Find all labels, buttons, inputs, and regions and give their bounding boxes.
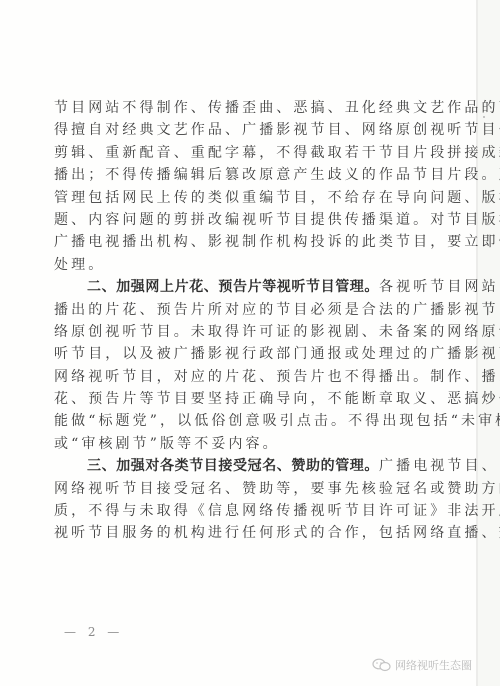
text-line: 播出；不得传播编辑后篡改原意产生歧义的作品节目片段。严格: [54, 164, 416, 186]
page-number: — 2 —: [64, 625, 123, 639]
text-span: 各视听节目网站: [379, 279, 499, 295]
wechat-icon: [372, 658, 392, 672]
text-line: 处理。: [54, 254, 416, 276]
section-heading-2: 二、加强网上片花、预告片等视听节目管理。: [87, 279, 379, 295]
text-line: 广播电视播出机构、影视制作机构投诉的此类节目，要立即做下线: [54, 231, 416, 253]
text-line: 网络视听节目接受冠名、赞助等，要事先核验冠名或赞助方的资: [54, 478, 416, 500]
text-line: 剪辑、重新配音、重配字幕，不得截取若干节目片段拼接成新节目: [54, 142, 416, 164]
text-line: 花、预告片等节目要坚持正确导向，不能断章取义、恶搞炒作。不: [54, 388, 416, 410]
watermark-text: 网络视听生态圈: [395, 657, 472, 673]
section-heading-line: 三、加强对各类节目接受冠名、赞助的管理。广播电视节目、: [54, 455, 416, 477]
text-line: 播出的片花、预告片所对应的节目必须是合法的广播影视节目、网: [54, 299, 416, 321]
scan-speck: [483, 116, 485, 118]
text-line: 视听节目服务的机构进行任何形式的合作，包括网络直播、冠名、: [54, 522, 416, 544]
text-line: 管理包括网民上传的类似重编节目，不给存在导向问题、版权问: [54, 187, 416, 209]
section-heading-3: 三、加强对各类节目接受冠名、赞助的管理。: [87, 458, 379, 474]
text-line: 节目网站不得制作、传播歪曲、恶搞、丑化经典文艺作品的节目；不: [54, 97, 416, 119]
text-line: 得擅自对经典文艺作品、广播影视节目、网络原创视听节目作重新: [54, 119, 416, 141]
text-line: 络原创视听节目。未取得许可证的影视剧、未备案的网络原创视: [54, 321, 416, 343]
section-heading-line: 二、加强网上片花、预告片等视听节目管理。各视听节目网站: [54, 276, 416, 298]
text-line: 网络视听节目，对应的片花、预告片也不得播出。制作、播出的片: [54, 366, 416, 388]
text-line: 题、内容问题的剪拼改编视听节目提供传播渠道。对节目版权方、: [54, 209, 416, 231]
text-line: 能做“标题党”，以低俗创意吸引点击。不得出现包括“未审核”版: [54, 410, 416, 432]
document-body: 节目网站不得制作、传播歪曲、恶搞、丑化经典文艺作品的节目；不 得擅自对经典文艺作…: [54, 97, 416, 545]
text-line: 听节目，以及被广播影视行政部门通报或处理过的广播影视节目、: [54, 343, 416, 365]
text-span: 广播电视节目、: [379, 458, 499, 474]
watermark: 网络视听生态圈: [372, 657, 472, 673]
text-line: 或“审核剧节”版等不妥内容。: [54, 433, 416, 455]
text-line: 质，不得与未取得《信息网络传播视听节目许可证》非法开展网络: [54, 500, 416, 522]
